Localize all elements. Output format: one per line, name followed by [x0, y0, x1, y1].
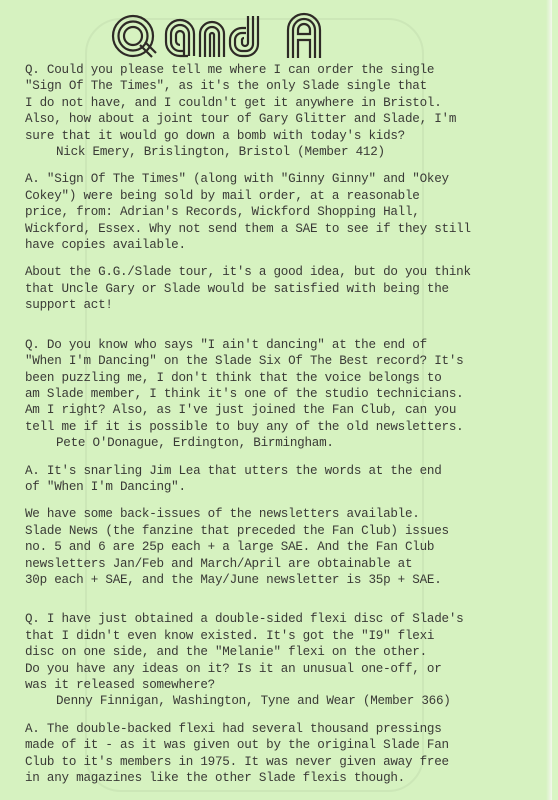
editor-answer: About the G.G./Slade tour, it's a good i…	[25, 264, 530, 313]
text-line: Am I right? Also, as I've just joined th…	[25, 402, 530, 418]
reader-signature: Pete O'Donague, Erdington, Birmingham.	[25, 435, 530, 451]
text-line: Wickford, Essex. Why not send them a SAE…	[25, 221, 530, 237]
reader-question: Q. Do you know who says "I ain't dancing…	[25, 337, 530, 452]
editor-answer: A. It's snarling Jim Lea that utters the…	[25, 463, 530, 496]
text-line: tell me if it is possible to buy any of …	[25, 419, 530, 435]
text-line: A. It's snarling Jim Lea that utters the…	[25, 463, 530, 479]
text-line: Club to it's members in 1975. It was nev…	[25, 754, 530, 770]
text-line: I do not have, and I couldn't get it any…	[25, 95, 530, 111]
text-line: A. The double-backed flexi had several t…	[25, 721, 530, 737]
text-line: Q. I have just obtained a double-sided f…	[25, 611, 530, 627]
text-line: made of it - as it was given out by the …	[25, 737, 530, 753]
page-title	[110, 12, 340, 62]
text-line: of "When I'm Dancing".	[25, 479, 530, 495]
qa-content: Q. Could you please tell me where I can …	[25, 62, 530, 797]
reader-signature: Nick Emery, Brislington, Bristol (Member…	[25, 144, 530, 160]
text-line: About the G.G./Slade tour, it's a good i…	[25, 264, 530, 280]
page-edge	[546, 0, 552, 800]
reader-question: Q. I have just obtained a double-sided f…	[25, 611, 530, 709]
text-line: that I didn't even know existed. It's go…	[25, 628, 530, 644]
text-line: "Sign Of The Times", as it's the only Sl…	[25, 78, 530, 94]
text-line: am Slade member, I think it's one of the…	[25, 386, 530, 402]
text-line: We have some back-issues of the newslett…	[25, 506, 530, 522]
text-line: newsletters Jan/Feb and March/April are …	[25, 556, 530, 572]
text-line: Also, how about a joint tour of Gary Gli…	[25, 111, 530, 127]
q-and-a-title-graphic	[110, 12, 340, 62]
text-line: in any magazines like the other Slade fl…	[25, 770, 530, 786]
text-line: that Uncle Gary or Slade would be satisf…	[25, 281, 530, 297]
text-line: 30p each + SAE, and the May/June newslet…	[25, 572, 530, 588]
text-line: no. 5 and 6 are 25p each + a large SAE. …	[25, 539, 530, 555]
text-line: was it released somewhere?	[25, 677, 530, 693]
newsletter-page: Q. Could you please tell me where I can …	[0, 0, 552, 800]
editor-answer: We have some back-issues of the newslett…	[25, 506, 530, 588]
text-line: have copies available.	[25, 237, 530, 253]
editor-answer: A. "Sign Of The Times" (along with "Ginn…	[25, 171, 530, 253]
text-line: Slade News (the fanzine that preceded th…	[25, 523, 530, 539]
section-gap	[25, 599, 530, 611]
text-line: support act!	[25, 297, 530, 313]
text-line: "When I'm Dancing" on the Slade Six Of T…	[25, 353, 530, 369]
text-line: been puzzling me, I don't think that the…	[25, 370, 530, 386]
text-line: Q. Could you please tell me where I can …	[25, 62, 530, 78]
reader-signature: Denny Finnigan, Washington, Tyne and Wea…	[25, 693, 530, 709]
text-line: Do you have any ideas on it? Is it an un…	[25, 661, 530, 677]
editor-answer: A. The double-backed flexi had several t…	[25, 721, 530, 787]
section-gap	[25, 325, 530, 337]
reader-question: Q. Could you please tell me where I can …	[25, 62, 530, 160]
text-line: Cokey") were being sold by mail order, a…	[25, 188, 530, 204]
text-line: sure that it would go down a bomb with t…	[25, 128, 530, 144]
text-line: price, from: Adrian's Records, Wickford …	[25, 204, 530, 220]
text-line: disc on one side, and the "Melanie" flex…	[25, 644, 530, 660]
text-line: Q. Do you know who says "I ain't dancing…	[25, 337, 530, 353]
text-line: A. "Sign Of The Times" (along with "Ginn…	[25, 171, 530, 187]
